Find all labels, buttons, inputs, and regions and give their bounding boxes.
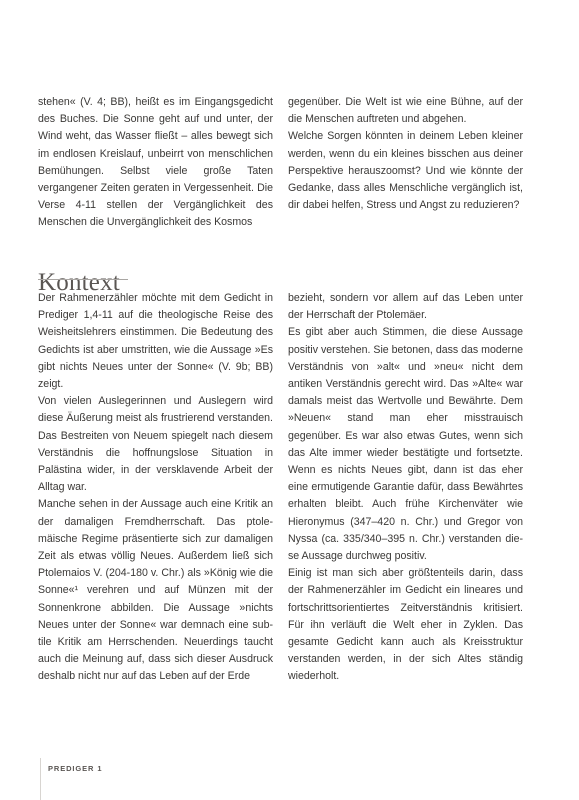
paragraph: Manche sehen in der Aussage auch eine Kr…	[38, 496, 273, 685]
kontext-right-column: bezieht, sondern vor allem auf das Leben…	[288, 290, 523, 686]
paragraph: Einig ist man sich aber größtenteils dar…	[288, 565, 523, 685]
paragraph: stehen« (V. 4; BB), heißt es im Eingangs…	[38, 94, 273, 232]
top-right-column: gegenüber. Die Welt ist wie eine Bühne, …	[288, 94, 523, 214]
paragraph: Der Rahmenerzähler möchte mit dem Gedich…	[38, 290, 273, 393]
book-page: stehen« (V. 4; BB), heißt es im Eingangs…	[0, 0, 579, 800]
paragraph: bezieht, sondern vor allem auf das Leben…	[288, 290, 523, 324]
running-head: PREDIGER 1	[48, 764, 102, 773]
reflection-question: Welche Sorgen könnten in deinem Leben kl…	[288, 128, 523, 214]
footer-vertical-rule	[40, 758, 41, 800]
paragraph: gegenüber. Die Welt ist wie eine Bühne, …	[288, 94, 523, 128]
paragraph: Von vielen Auslegerinnen und Auslegern w…	[38, 393, 273, 496]
kontext-left-column: Der Rahmenerzähler möchte mit dem Gedich…	[38, 290, 273, 686]
paragraph: Es gibt aber auch Stimmen, die diese Aus…	[288, 324, 523, 565]
heading-underline	[38, 279, 128, 280]
top-left-column: stehen« (V. 4; BB), heißt es im Eingangs…	[38, 94, 273, 232]
